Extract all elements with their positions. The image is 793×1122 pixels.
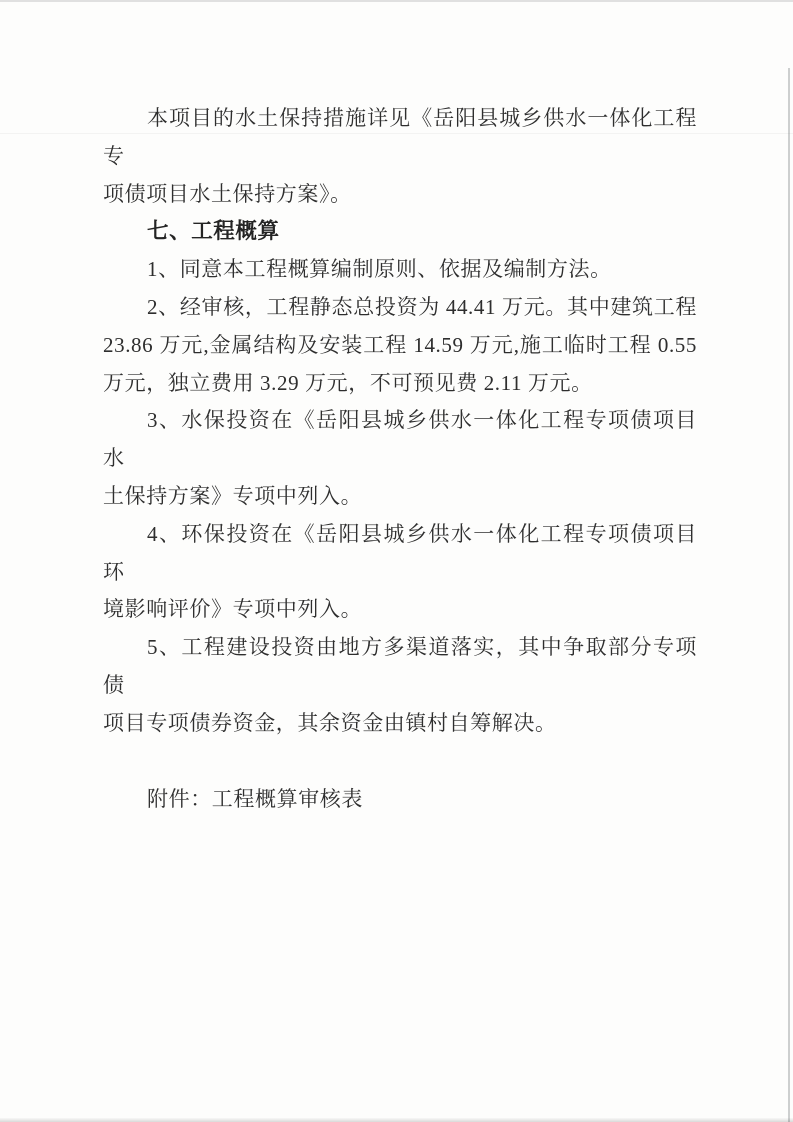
intro-paragraph-line: 项债项目水土保持方案》。	[103, 176, 697, 214]
item-4-line: 4、环保投资在《岳阳县城乡供水一体化工程专项债项目环	[103, 516, 697, 592]
document-body: 本项目的水土保持措施详见《岳阳县城乡供水一体化工程专 项债项目水土保持方案》。 …	[103, 100, 697, 818]
scan-edge-right	[788, 68, 790, 1122]
item-2-line: 23.86 万元,金属结构及安装工程 14.59 万元,施工临时工程 0.55	[103, 327, 697, 365]
item-3-line: 土保持方案》专项中列入。	[103, 478, 697, 516]
item-5-line: 项目专项债券资金，其余资金由镇村自筹解决。	[103, 705, 697, 743]
attachment-line: 附件：工程概算审核表	[103, 781, 697, 819]
scan-edge-top	[0, 0, 793, 2]
item-2-line: 2、经审核，工程静态总投资为 44.41 万元。其中建筑工程	[103, 289, 697, 327]
item-2-line: 万元，独立费用 3.29 万元，不可预见费 2.11 万元。	[103, 365, 697, 403]
blank-line-spacer	[103, 743, 697, 781]
scanned-document-page: 本项目的水土保持措施详见《岳阳县城乡供水一体化工程专 项债项目水土保持方案》。 …	[0, 0, 793, 1122]
item-5-line: 5、工程建设投资由地方多渠道落实，其中争取部分专项债	[103, 629, 697, 705]
intro-paragraph-line: 本项目的水土保持措施详见《岳阳县城乡供水一体化工程专	[103, 100, 697, 176]
item-1-line: 1、同意本工程概算编制原则、依据及编制方法。	[103, 251, 697, 289]
section-heading: 七、工程概算	[103, 213, 697, 251]
scan-edge-bottom	[0, 1118, 793, 1122]
item-3-line: 3、水保投资在《岳阳县城乡供水一体化工程专项债项目水	[103, 402, 697, 478]
item-4-line: 境影响评价》专项中列入。	[103, 591, 697, 629]
